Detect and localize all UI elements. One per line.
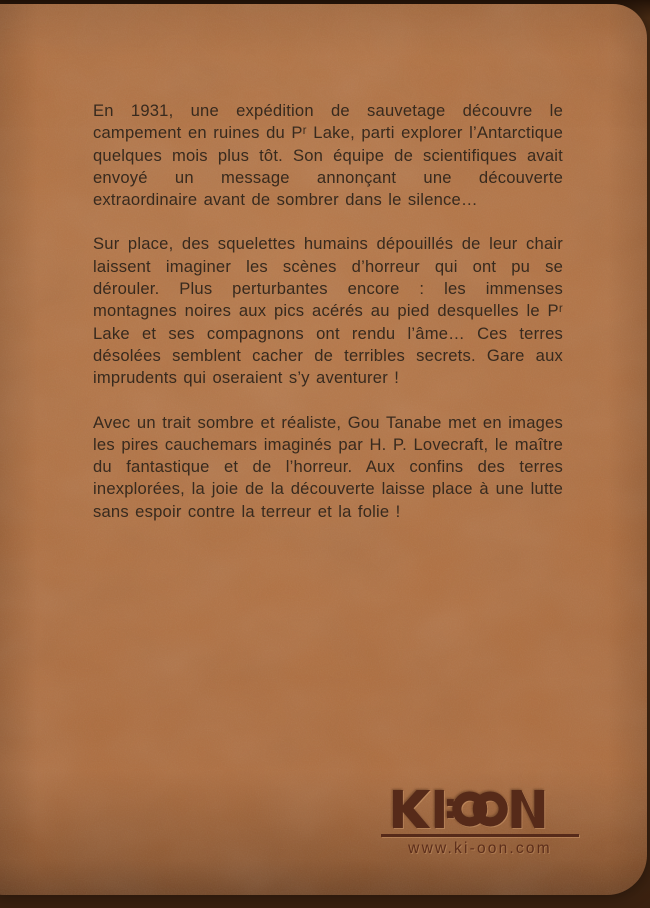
kioon-logo-icon bbox=[393, 786, 545, 832]
publisher-block: www.ki-oon.com bbox=[381, 786, 579, 858]
book-back-cover: En 1931, une expédition de sauvetage déc… bbox=[0, 4, 647, 895]
synopsis-text: En 1931, une expédition de sauvetage déc… bbox=[93, 100, 563, 545]
publisher-website: www.ki-oon.com bbox=[381, 840, 579, 858]
synopsis-paragraph-3: Avec un trait sombre et réaliste, Gou Ta… bbox=[93, 412, 563, 523]
synopsis-paragraph-2: Sur place, des squelettes humains dépoui… bbox=[93, 233, 563, 389]
synopsis-paragraph-1: En 1931, une expédition de sauvetage déc… bbox=[93, 100, 563, 211]
logo-underline bbox=[381, 834, 579, 837]
scan-backdrop: En 1931, une expédition de sauvetage déc… bbox=[0, 0, 650, 908]
